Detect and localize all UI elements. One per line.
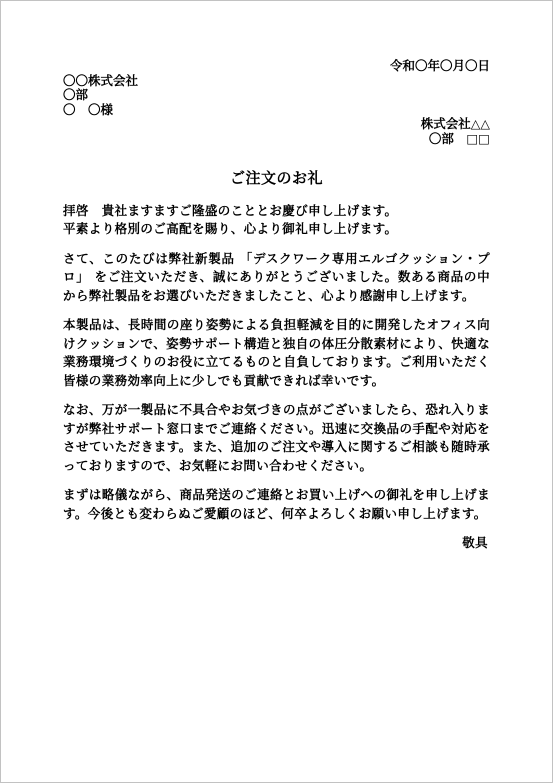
paragraph-order-thanks: さて、このたびは弊社新製品 「デスクワーク専用エルゴクッション・プロ」 をご注文… (63, 250, 490, 306)
letter-page: 令和〇年〇月〇日 〇〇株式会社 〇部 〇 〇様 株式会社△△ 〇部 □□ ご注文… (0, 0, 553, 783)
closing-word: 敬具 (63, 534, 490, 553)
paragraph-final-thanks: まずは略儀ながら、商品発送のご連絡とお買い上げへの御礼を申し上げます。今後とも変… (63, 486, 490, 523)
greeting-line-2: 平素より格別のご高配を賜り、心より御礼申し上げます。 (63, 221, 397, 236)
recipient-company: 〇〇株式会社 (63, 74, 490, 89)
sender-company: 株式会社△△ (63, 117, 490, 132)
greeting-paragraph: 拝啓 貴社ますますご隆盛のこととお慶び申し上げます。平素より格別のご高配を賜り、… (63, 202, 490, 239)
sender-block: 株式会社△△ 〇部 □□ (63, 117, 490, 146)
letter-title: ご注文のお礼 (63, 168, 490, 188)
letter-body: 拝啓 貴社ますますご隆盛のこととお慶び申し上げます。平素より格別のご高配を賜り、… (63, 202, 490, 524)
sender-department-person: 〇部 □□ (63, 132, 490, 147)
paragraph-support-info: なお、万が一製品に不具合やお気づきの点がございましたら、恐れ入りますが弊社サポー… (63, 401, 490, 475)
recipient-person: 〇 〇様 (63, 103, 490, 118)
letter-date: 令和〇年〇月〇日 (63, 59, 490, 74)
recipient-block: 〇〇株式会社 〇部 〇 〇様 (63, 74, 490, 118)
recipient-department: 〇部 (63, 88, 490, 103)
greeting-line-1: 拝啓 貴社ますますご隆盛のこととお慶び申し上げます。 (63, 203, 397, 218)
paragraph-product-description: 本製品は、長時間の座り姿勢による負担軽減を目的に開発したオフィス向けクッションで… (63, 316, 490, 390)
